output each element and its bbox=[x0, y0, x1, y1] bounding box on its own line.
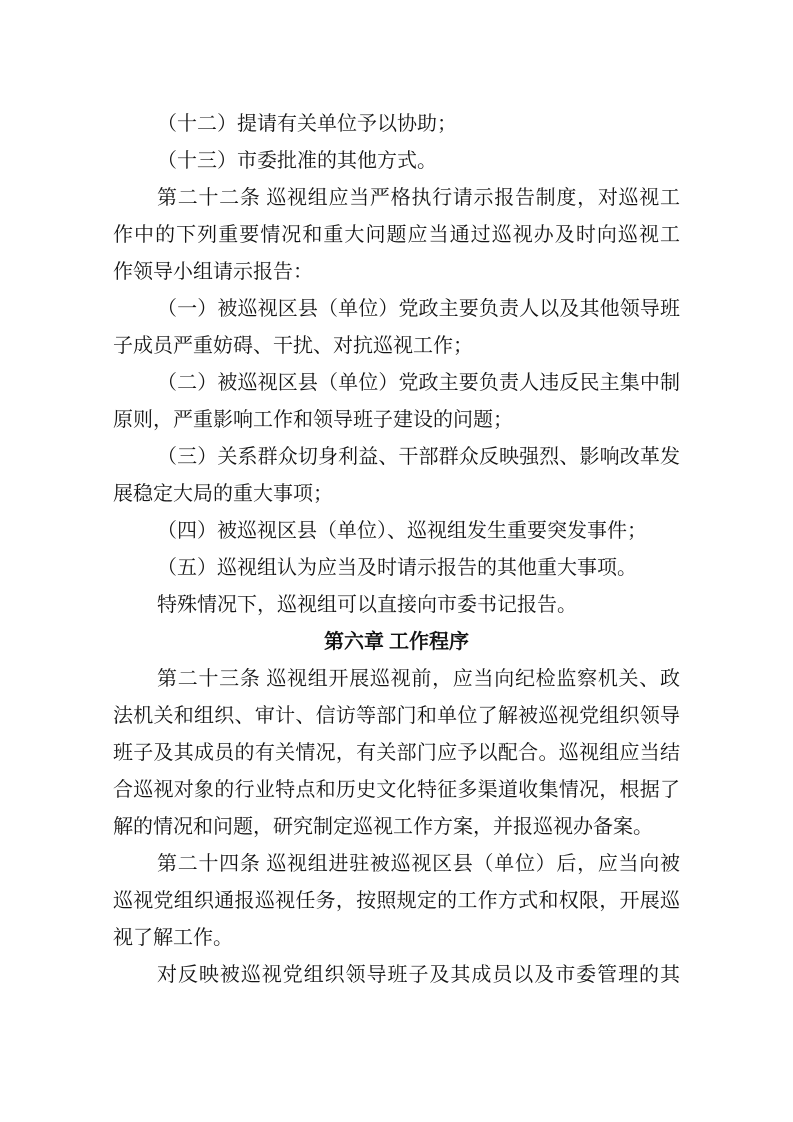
text-line: 解的情况和问题，研究制定巡视工作方案，并报巡视办备案。 bbox=[113, 809, 680, 846]
text-line: （十二）提请有关单位予以协助； bbox=[113, 106, 680, 143]
text-line: 展稳定大局的重大事项； bbox=[113, 476, 680, 513]
text-line: 班子及其成员的有关情况，有关部门应予以配合。巡视组应当结 bbox=[113, 735, 680, 772]
text-line: （四）被巡视区县（单位）、巡视组发生重要突发事件； bbox=[113, 513, 680, 550]
text-line: （十三）市委批准的其他方式。 bbox=[113, 143, 680, 180]
text-line: 法机关和组织、审计、信访等部门和单位了解被巡视党组织领导 bbox=[113, 698, 680, 735]
text-line: （一）被巡视区县（单位）党政主要负责人以及其他领导班 bbox=[113, 291, 680, 328]
text-line: 合巡视对象的行业特点和历史文化特征多渠道收集情况，根据了 bbox=[113, 772, 680, 809]
text-line: 巡视党组织通报巡视任务，按照规定的工作方式和权限，开展巡 bbox=[113, 883, 680, 920]
document-text-block: （十二）提请有关单位予以协助；（十三）市委批准的其他方式。第二十二条 巡视组应当… bbox=[113, 106, 680, 994]
text-line: 子成员严重妨碍、干扰、对抗巡视工作； bbox=[113, 328, 680, 365]
text-line: 作中的下列重要情况和重大问题应当通过巡视办及时向巡视工 bbox=[113, 217, 680, 254]
text-line: 原则，严重影响工作和领导班子建设的问题； bbox=[113, 402, 680, 439]
text-line: 特殊情况下，巡视组可以直接向市委书记报告。 bbox=[113, 587, 680, 624]
chapter-heading-text: 第六章 工作程序 bbox=[113, 624, 680, 661]
text-line: 第二十二条 巡视组应当严格执行请示报告制度，对巡视工 bbox=[113, 180, 680, 217]
text-line: （二）被巡视区县（单位）党政主要负责人违反民主集中制 bbox=[113, 365, 680, 402]
text-line: 第二十四条 巡视组进驻被巡视区县（单位）后，应当向被 bbox=[113, 846, 680, 883]
text-line: 对反映被巡视党组织领导班子及其成员以及市委管理的其 bbox=[113, 957, 680, 994]
text-line: 视了解工作。 bbox=[113, 920, 680, 957]
text-line: （三）关系群众切身利益、干部群众反映强烈、影响改革发 bbox=[113, 439, 680, 476]
text-line: （五）巡视组认为应当及时请示报告的其他重大事项。 bbox=[113, 550, 680, 587]
text-line: 第二十三条 巡视组开展巡视前，应当向纪检监察机关、政 bbox=[113, 661, 680, 698]
text-line: 作领导小组请示报告： bbox=[113, 254, 680, 291]
document-page: （十二）提请有关单位予以协助；（十三）市委批准的其他方式。第二十二条 巡视组应当… bbox=[0, 0, 793, 1122]
